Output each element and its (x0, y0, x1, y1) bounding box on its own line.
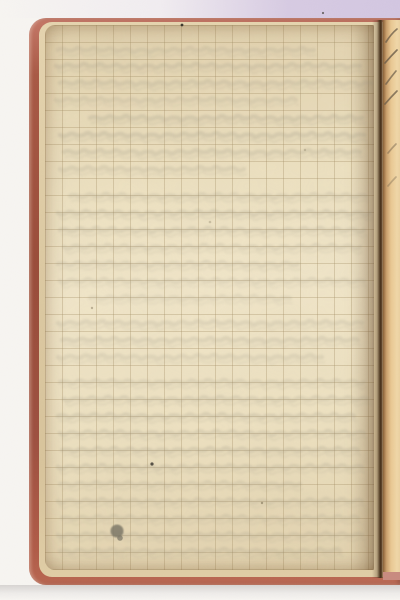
scan-shadow-bottom (0, 585, 400, 600)
right-page-bottom-edge (383, 572, 400, 580)
gutter-shadow (372, 20, 383, 578)
scanner-background-top (0, 0, 400, 18)
scanned-notebook-photo (0, 0, 400, 600)
right-page-sliver (383, 20, 400, 572)
left-page (45, 25, 374, 570)
